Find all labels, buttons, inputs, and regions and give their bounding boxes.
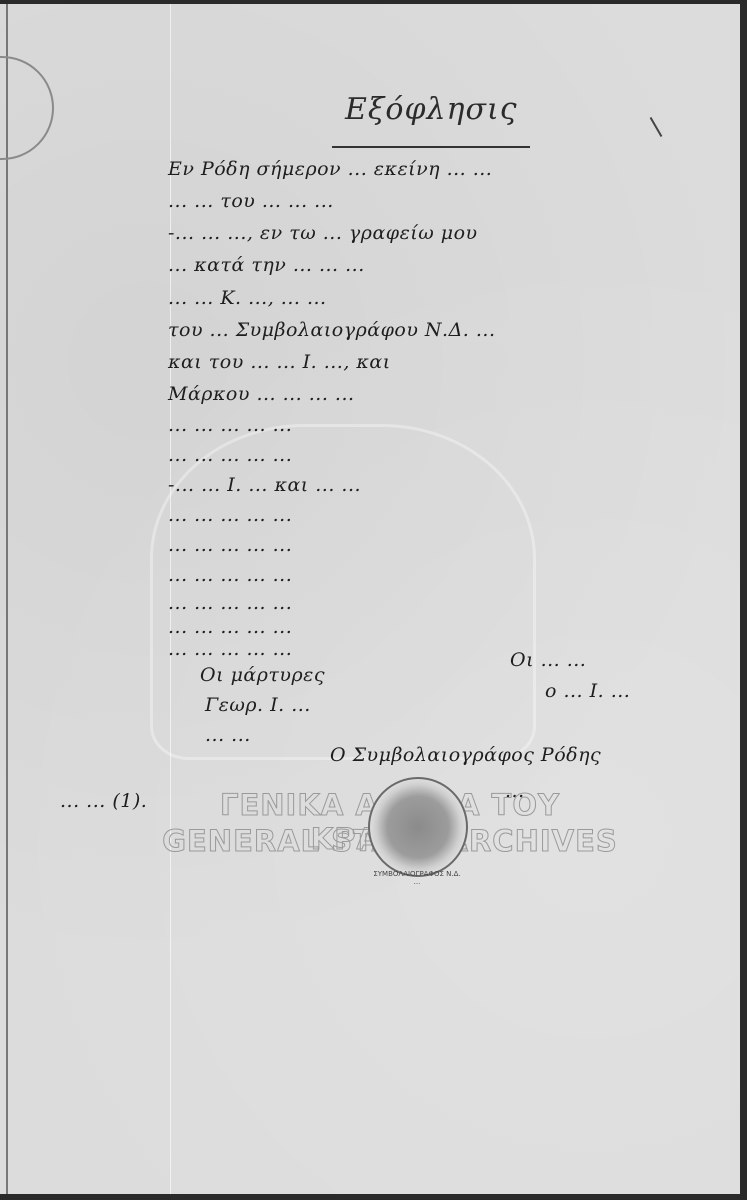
seal-text: ΣΥΜΒΟΛΑΙΟΓΡΑΦΟΣ Ν.Δ. ... <box>372 870 462 886</box>
witness-signature: Γεωρ. Ι. ... <box>205 694 311 716</box>
body-line: του ... Συμβολαιογράφου Ν.Δ. ... <box>168 319 496 341</box>
body-line: ... ... του ... ... ... <box>168 190 334 212</box>
body-line: ... ... ... ... ... <box>168 592 292 614</box>
partial-stamp-left <box>0 56 54 160</box>
party-signature: ο ... Ι. ... <box>545 680 630 702</box>
notary-seal <box>368 777 468 877</box>
body-line: ... κατά την ... ... ... <box>168 254 365 276</box>
title-underline <box>332 146 530 148</box>
body-line: και του ... ... Ι. ..., και <box>168 351 391 373</box>
body-line: ... ... Κ. ..., ... ... <box>168 287 327 309</box>
body-line: ... ... ... ... ... <box>168 564 292 586</box>
body-line: ... ... ... ... ... <box>168 414 292 436</box>
body-line: -... ... ..., εν τω ... γραφείω μου <box>168 222 478 244</box>
document-title: Εξόφλησις <box>345 92 518 127</box>
document-page: Εξόφλησις Εν Ρόδη σήμερον ... εκείνη ...… <box>0 4 740 1194</box>
body-line: ... ... ... ... ... <box>168 534 292 556</box>
body-line: ... ... ... ... ... <box>168 504 292 526</box>
party-label: Οι ... ... <box>510 649 586 671</box>
body-line: Μάρκου ... ... ... ... <box>168 383 355 405</box>
body-line: ... ... ... ... ... <box>168 638 292 660</box>
body-line: ... ... ... ... ... <box>168 616 292 638</box>
body-line: ... ... ... ... ... <box>168 444 292 466</box>
page-edge-line <box>6 4 8 1194</box>
notary-title: Ο Συμβολαιογράφος Ρόδης <box>330 744 601 766</box>
witness-signature: ... ... <box>205 724 251 746</box>
body-line: Εν Ρόδη σήμερον ... εκείνη ... ... <box>168 158 492 180</box>
witness-label: Οι μάρτυρες <box>200 664 325 686</box>
pen-mark <box>650 117 663 137</box>
bottom-left-note: ... ... (1). <box>60 790 147 812</box>
body-line: -... ... Ι. ... και ... ... <box>168 474 361 496</box>
